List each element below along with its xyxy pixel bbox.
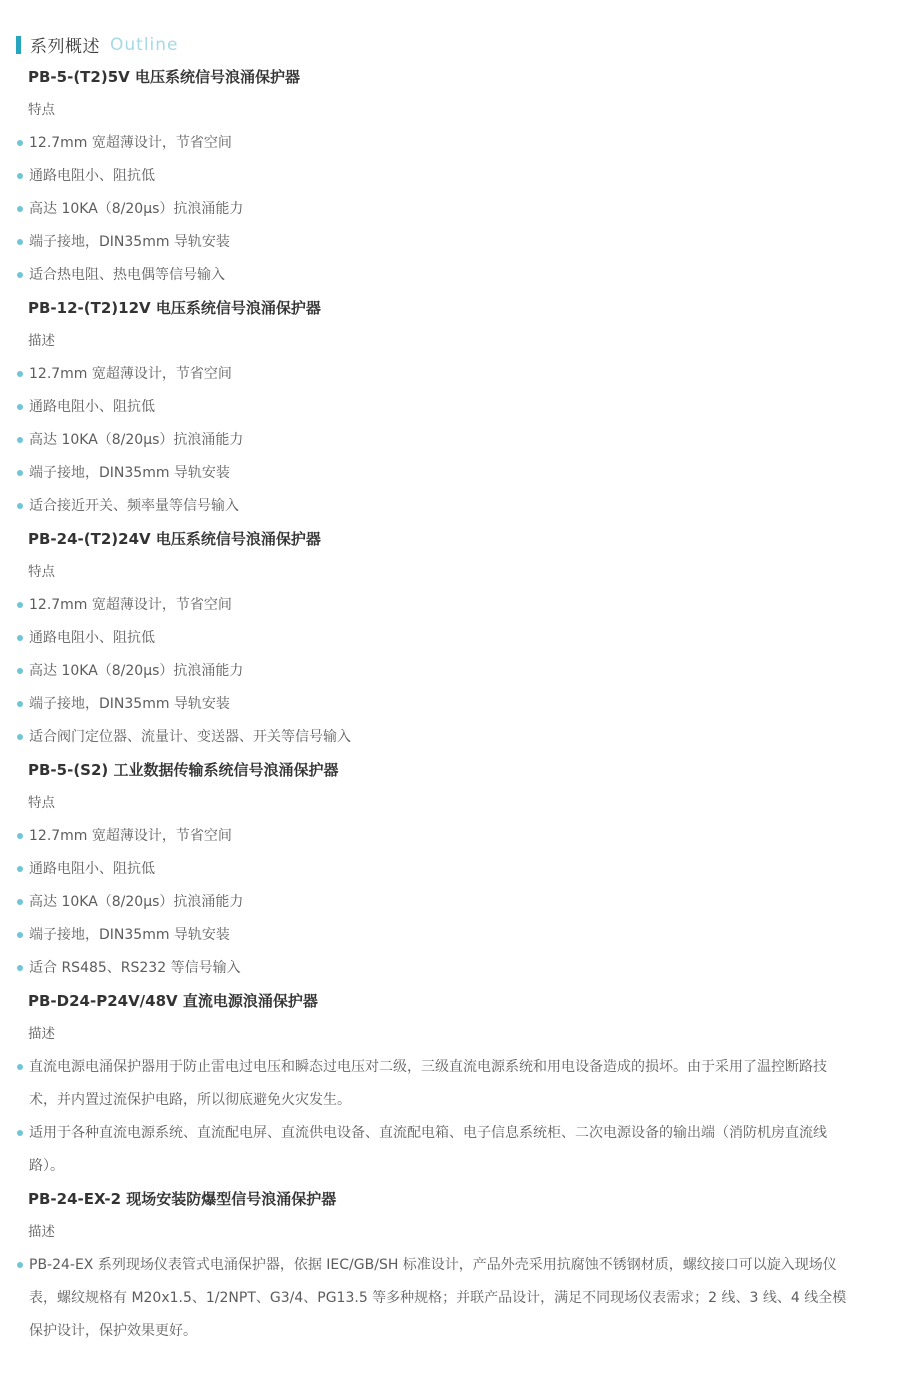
feature-item: 通路电阻小、阻抗低 xyxy=(16,622,848,655)
feature-item: 适合接近开关、频率量等信号输入 xyxy=(16,490,848,523)
page-title-zh: 系列概述 xyxy=(30,32,100,57)
feature-item: 适合 RS485、RS232 等信号输入 xyxy=(16,952,848,985)
feature-item-text: 通路电阻小、阻抗低 xyxy=(29,622,848,655)
feature-item: 高达 10KA（8/20μs）抗浪涌能力 xyxy=(16,886,848,919)
bullet-dot-icon xyxy=(17,932,23,938)
product-section: PB-12-(T2)12V 电压系统信号浪涌保护器 描述 12.7mm 宽超薄设… xyxy=(16,292,848,523)
feature-list: 12.7mm 宽超薄设计，节省空间通路电阻小、阻抗低高达 10KA（8/20μs… xyxy=(16,820,848,985)
product-section: PB-D24-P24V/48V 直流电源浪涌保护器 描述 直流电源电涌保护器用于… xyxy=(16,985,848,1183)
feature-item: 12.7mm 宽超薄设计，节省空间 xyxy=(16,589,848,622)
bullet-dot-icon xyxy=(17,701,23,707)
bullet-dot-icon xyxy=(17,239,23,245)
feature-item: 通路电阻小、阻抗低 xyxy=(16,391,848,424)
section-label: 描述 xyxy=(28,1216,848,1249)
section-label: 特点 xyxy=(28,556,848,589)
product-section: PB-5-(T2)5V 电压系统信号浪涌保护器 特点 12.7mm 宽超薄设计，… xyxy=(16,61,848,292)
outline-page: 系列概述 Outline PB-5-(T2)5V 电压系统信号浪涌保护器 特点 … xyxy=(0,0,900,1378)
feature-item: 端子接地，DIN35mm 导轨安装 xyxy=(16,919,848,952)
section-label: 特点 xyxy=(28,787,848,820)
page-title-en: Outline xyxy=(110,35,179,55)
feature-item-text: 通路电阻小、阻抗低 xyxy=(29,853,848,886)
bullet-dot-icon xyxy=(17,602,23,608)
feature-item: 12.7mm 宽超薄设计，节省空间 xyxy=(16,358,848,391)
bullet-dot-icon xyxy=(17,437,23,443)
feature-item-text: 通路电阻小、阻抗低 xyxy=(29,160,848,193)
feature-item-text: 端子接地，DIN35mm 导轨安装 xyxy=(29,457,848,490)
feature-item-text: 适用于各种直流电源系统、直流配电屏、直流供电设备、直流配电箱、电子信息系统柜、二… xyxy=(29,1117,848,1183)
bullet-dot-icon xyxy=(17,1130,23,1136)
feature-item-text: 12.7mm 宽超薄设计，节省空间 xyxy=(29,589,848,622)
feature-item-text: 12.7mm 宽超薄设计，节省空间 xyxy=(29,820,848,853)
bullet-dot-icon xyxy=(17,833,23,839)
bullet-dot-icon xyxy=(17,173,23,179)
feature-item-text: 12.7mm 宽超薄设计，节省空间 xyxy=(29,127,848,160)
product-section: PB-24-(T2)24V 电压系统信号浪涌保护器 特点 12.7mm 宽超薄设… xyxy=(16,523,848,754)
feature-item: 12.7mm 宽超薄设计，节省空间 xyxy=(16,127,848,160)
product-title: PB-12-(T2)12V 电压系统信号浪涌保护器 xyxy=(28,292,848,325)
feature-list: 直流电源电涌保护器用于防止雷电过电压和瞬态过电压对二级，三级直流电源系统和用电设… xyxy=(16,1051,848,1183)
bullet-dot-icon xyxy=(17,206,23,212)
feature-item: 直流电源电涌保护器用于防止雷电过电压和瞬态过电压对二级，三级直流电源系统和用电设… xyxy=(16,1051,848,1117)
product-title: PB-D24-P24V/48V 直流电源浪涌保护器 xyxy=(28,985,848,1018)
feature-item: 端子接地，DIN35mm 导轨安装 xyxy=(16,688,848,721)
product-title: PB-24-(T2)24V 电压系统信号浪涌保护器 xyxy=(28,523,848,556)
feature-item-text: 高达 10KA（8/20μs）抗浪涌能力 xyxy=(29,886,848,919)
feature-item-text: 高达 10KA（8/20μs）抗浪涌能力 xyxy=(29,193,848,226)
bullet-dot-icon xyxy=(17,1262,23,1268)
bullet-dot-icon xyxy=(17,734,23,740)
feature-item-text: PB-24-EX 系列现场仪表管式电涌保护器，依据 IEC/GB/SH 标准设计… xyxy=(29,1249,848,1348)
feature-item-text: 通路电阻小、阻抗低 xyxy=(29,391,848,424)
product-title: PB-5-(S2) 工业数据传输系统信号浪涌保护器 xyxy=(28,754,848,787)
feature-item: 高达 10KA（8/20μs）抗浪涌能力 xyxy=(16,424,848,457)
feature-item-text: 直流电源电涌保护器用于防止雷电过电压和瞬态过电压对二级，三级直流电源系统和用电设… xyxy=(29,1051,848,1117)
bullet-dot-icon xyxy=(17,404,23,410)
section-label: 特点 xyxy=(28,94,848,127)
feature-item-text: 高达 10KA（8/20μs）抗浪涌能力 xyxy=(29,424,848,457)
feature-list: 12.7mm 宽超薄设计，节省空间通路电阻小、阻抗低高达 10KA（8/20μs… xyxy=(16,589,848,754)
product-title: PB-5-(T2)5V 电压系统信号浪涌保护器 xyxy=(28,61,848,94)
feature-item-text: 端子接地，DIN35mm 导轨安装 xyxy=(29,919,848,952)
feature-item-text: 适合热电阻、热电偶等信号输入 xyxy=(29,259,848,292)
bullet-dot-icon xyxy=(17,899,23,905)
feature-item: 通路电阻小、阻抗低 xyxy=(16,853,848,886)
bullet-dot-icon xyxy=(17,503,23,509)
product-section: PB-5-(S2) 工业数据传输系统信号浪涌保护器 特点 12.7mm 宽超薄设… xyxy=(16,754,848,985)
section-label: 描述 xyxy=(28,1018,848,1051)
sections: PB-5-(T2)5V 电压系统信号浪涌保护器 特点 12.7mm 宽超薄设计，… xyxy=(16,61,848,1348)
feature-item: 适合阀门定位器、流量计、变送器、开关等信号输入 xyxy=(16,721,848,754)
feature-item: 端子接地，DIN35mm 导轨安装 xyxy=(16,457,848,490)
feature-item-text: 端子接地，DIN35mm 导轨安装 xyxy=(29,688,848,721)
product-title: PB-24-EX-2 现场安装防爆型信号浪涌保护器 xyxy=(28,1183,848,1216)
feature-item-text: 12.7mm 宽超薄设计，节省空间 xyxy=(29,358,848,391)
bullet-dot-icon xyxy=(17,668,23,674)
section-header: 系列概述 Outline xyxy=(16,28,848,61)
bullet-dot-icon xyxy=(17,965,23,971)
feature-item-text: 端子接地，DIN35mm 导轨安装 xyxy=(29,226,848,259)
accent-bar-icon xyxy=(16,36,21,54)
feature-item: 端子接地，DIN35mm 导轨安装 xyxy=(16,226,848,259)
product-section: PB-24-EX-2 现场安装防爆型信号浪涌保护器 描述 PB-24-EX 系列… xyxy=(16,1183,848,1348)
feature-item-text: 适合阀门定位器、流量计、变送器、开关等信号输入 xyxy=(29,721,848,754)
feature-item: 适合热电阻、热电偶等信号输入 xyxy=(16,259,848,292)
bullet-dot-icon xyxy=(17,1064,23,1070)
feature-item-text: 适合 RS485、RS232 等信号输入 xyxy=(29,952,848,985)
feature-item: 高达 10KA（8/20μs）抗浪涌能力 xyxy=(16,655,848,688)
bullet-dot-icon xyxy=(17,272,23,278)
feature-item: 适用于各种直流电源系统、直流配电屏、直流供电设备、直流配电箱、电子信息系统柜、二… xyxy=(16,1117,848,1183)
feature-list: 12.7mm 宽超薄设计，节省空间通路电阻小、阻抗低高达 10KA（8/20μs… xyxy=(16,358,848,523)
feature-item: 12.7mm 宽超薄设计，节省空间 xyxy=(16,820,848,853)
bullet-dot-icon xyxy=(17,371,23,377)
bullet-dot-icon xyxy=(17,866,23,872)
feature-list: 12.7mm 宽超薄设计，节省空间通路电阻小、阻抗低高达 10KA（8/20μs… xyxy=(16,127,848,292)
section-label: 描述 xyxy=(28,325,848,358)
bullet-dot-icon xyxy=(17,635,23,641)
feature-item: 通路电阻小、阻抗低 xyxy=(16,160,848,193)
feature-item: PB-24-EX 系列现场仪表管式电涌保护器，依据 IEC/GB/SH 标准设计… xyxy=(16,1249,848,1348)
bullet-dot-icon xyxy=(17,140,23,146)
feature-list: PB-24-EX 系列现场仪表管式电涌保护器，依据 IEC/GB/SH 标准设计… xyxy=(16,1249,848,1348)
bullet-dot-icon xyxy=(17,470,23,476)
feature-item-text: 适合接近开关、频率量等信号输入 xyxy=(29,490,848,523)
feature-item-text: 高达 10KA（8/20μs）抗浪涌能力 xyxy=(29,655,848,688)
feature-item: 高达 10KA（8/20μs）抗浪涌能力 xyxy=(16,193,848,226)
